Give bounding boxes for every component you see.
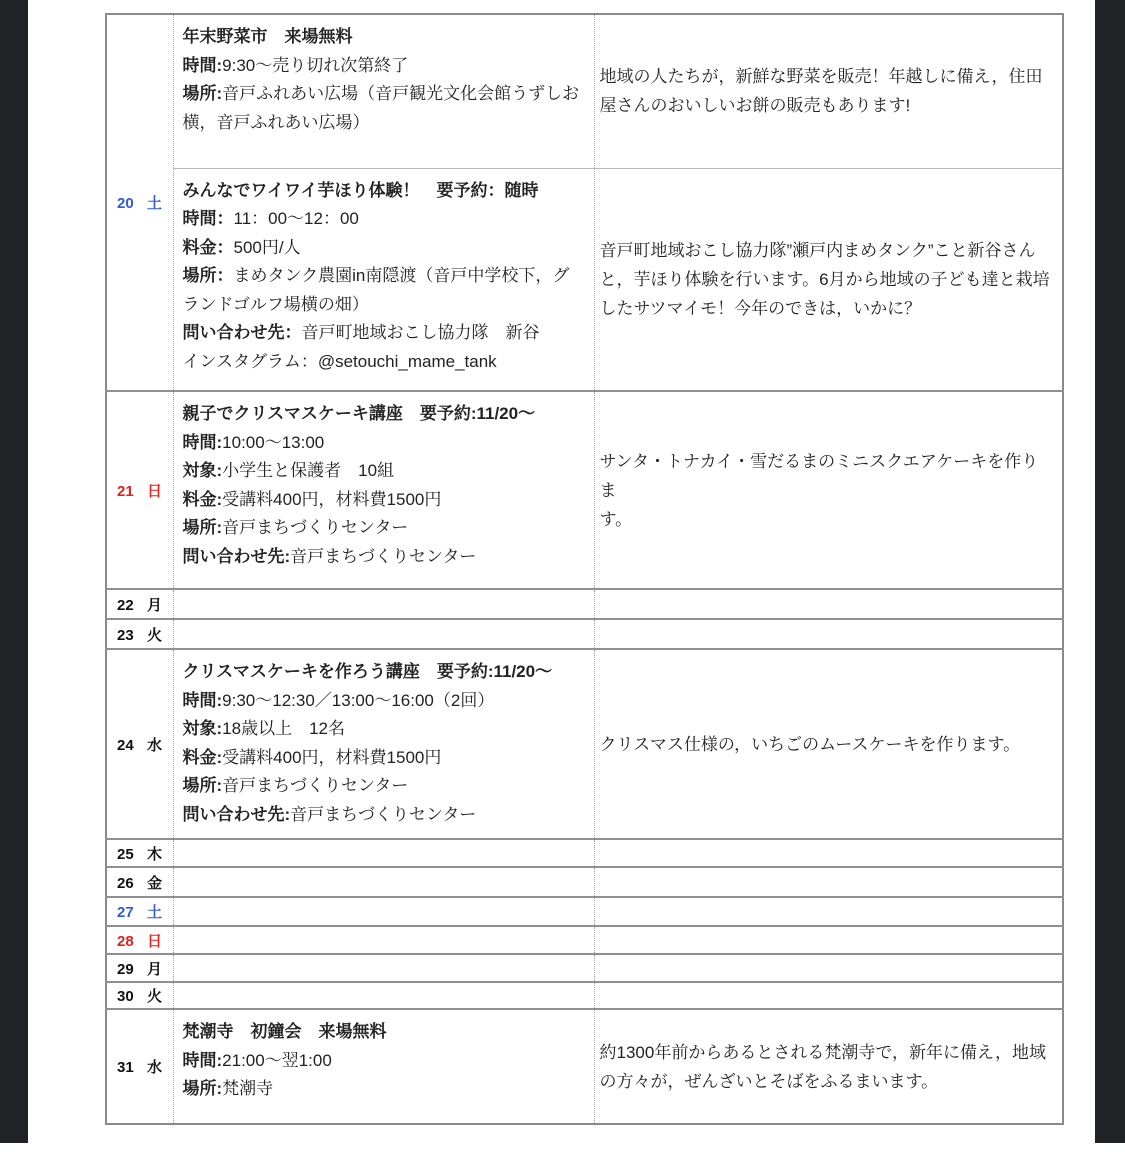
date-number: 27	[117, 904, 141, 921]
date-cell: 26金	[106, 867, 173, 897]
date-cell: 20土	[106, 14, 173, 391]
event-description-cell	[594, 619, 1063, 649]
calendar-row: 24水クリスマスケーキを作ろう講座 要予約:11/20〜時間:9:30〜12:3…	[106, 649, 1063, 839]
detail-label: 料金:	[183, 490, 223, 509]
weekday-label: 火	[147, 624, 162, 645]
event-details-cell: みんなでワイワイ芋ほり体験！ 要予約：随時時間：11：00〜12：00料金：50…	[173, 168, 594, 391]
weekday-label: 水	[147, 1056, 162, 1077]
detail-label: 対象:	[183, 461, 223, 480]
detail-label: 問い合わせ先:	[183, 805, 291, 824]
detail-value: 9:30〜売り切れ次第終了	[222, 56, 408, 75]
calendar-row: 26金	[106, 867, 1063, 897]
event-details-cell	[173, 926, 594, 954]
event-title: みんなでワイワイ芋ほり体験！ 要予約：随時	[183, 177, 586, 206]
weekday-label: 土	[147, 901, 162, 922]
event-title: 梵潮寺 初鐘会 来場無料	[183, 1018, 586, 1047]
event-details-cell	[173, 839, 594, 867]
detail-label: 料金：	[183, 238, 234, 257]
event-detail-line: 料金：500円/人	[183, 234, 586, 263]
event-detail-line: 場所：まめタンク農園in南隠渡（音戸中学校下，グランドゴルフ場横の畑）	[183, 262, 586, 319]
event-description-cell: 約1300年前からあるとされる梵潮寺で，新年に備え，地域の方々が，ぜんざいとそば…	[594, 1009, 1063, 1124]
detail-label: 時間:	[183, 56, 223, 75]
date-number: 24	[117, 737, 141, 754]
event-detail-line: 時間：11：00〜12：00	[183, 205, 586, 234]
event-details-cell	[173, 982, 594, 1009]
event-detail-line: インスタグラム：@setouchi_mame_tank	[183, 348, 586, 377]
event-details-cell: クリスマスケーキを作ろう講座 要予約:11/20〜時間:9:30〜12:30／1…	[173, 649, 594, 839]
detail-label: 時間:	[183, 433, 223, 452]
detail-value: 音戸まちづくりセンター	[290, 547, 476, 566]
detail-label: 時間:	[183, 1051, 223, 1070]
event-description-cell	[594, 982, 1063, 1009]
event-detail-line: 場所:梵潮寺	[183, 1075, 586, 1104]
event-detail-line: 対象:18歳以上 12名	[183, 715, 586, 744]
detail-value: 11：00〜12：00	[234, 209, 359, 228]
calendar-row: みんなでワイワイ芋ほり体験！ 要予約：随時時間：11：00〜12：00料金：50…	[106, 168, 1063, 391]
date-number: 22	[117, 597, 141, 614]
detail-value: まめタンク農園in南隠渡（音戸中学校下，グランドゴルフ場横の畑）	[183, 266, 570, 314]
detail-value: 500円/人	[234, 238, 301, 257]
event-details-cell	[173, 954, 594, 982]
event-detail-line: 時間:21:00〜翌1:00	[183, 1047, 586, 1076]
detail-label: 問い合わせ先：	[183, 323, 302, 342]
date-cell: 31水	[106, 1009, 173, 1124]
calendar-row: 25木	[106, 839, 1063, 867]
calendar-row: 21日親子でクリスマスケーキ講座 要予約:11/20〜時間:10:00〜13:0…	[106, 391, 1063, 589]
event-calendar-body: 20土年末野菜市 来場無料時間:9:30〜売り切れ次第終了場所:音戸ふれあい広場…	[106, 14, 1063, 1124]
event-description-cell	[594, 897, 1063, 926]
date-cell: 21日	[106, 391, 173, 589]
weekday-label: 木	[147, 843, 162, 864]
weekday-label: 火	[147, 985, 162, 1006]
detail-label: 時間：	[183, 209, 234, 228]
weekday-label: 水	[147, 734, 162, 755]
detail-value: 受講料400円，材料費1500円	[222, 490, 441, 509]
date-number: 23	[117, 627, 141, 644]
date-cell: 24水	[106, 649, 173, 839]
date-number: 31	[117, 1059, 141, 1076]
event-detail-line: 時間:10:00〜13:00	[183, 429, 586, 458]
detail-label: 料金:	[183, 748, 223, 767]
event-description-cell: 音戸町地域おこし協力隊”瀬戸内まめタンク”こと新谷さんと，芋ほり体験を行います。…	[594, 168, 1063, 391]
event-details-cell	[173, 589, 594, 619]
detail-label: 場所:	[183, 84, 223, 103]
weekday-label: 金	[147, 872, 162, 893]
detail-value: 10:00〜13:00	[222, 433, 324, 452]
detail-value: 音戸まちづくりセンター	[222, 518, 408, 537]
weekday-label: 土	[147, 192, 162, 213]
date-cell: 28日	[106, 926, 173, 954]
detail-value: 受講料400円，材料費1500円	[222, 748, 441, 767]
event-calendar-table: 20土年末野菜市 来場無料時間:9:30〜売り切れ次第終了場所:音戸ふれあい広場…	[105, 13, 1064, 1125]
event-detail-line: 料金:受講料400円，材料費1500円	[183, 744, 586, 773]
date-cell: 23火	[106, 619, 173, 649]
detail-value: 小学生と保護者 10組	[222, 461, 394, 480]
detail-label: 場所:	[183, 518, 223, 537]
event-detail-line: 場所:音戸まちづくりセンター	[183, 772, 586, 801]
detail-label: 問い合わせ先:	[183, 547, 291, 566]
calendar-row: 31水梵潮寺 初鐘会 来場無料時間:21:00〜翌1:00場所:梵潮寺約1300…	[106, 1009, 1063, 1124]
event-details-cell: 親子でクリスマスケーキ講座 要予約:11/20〜時間:10:00〜13:00対象…	[173, 391, 594, 589]
date-number: 30	[117, 988, 141, 1005]
date-number: 28	[117, 933, 141, 950]
date-number: 20	[117, 195, 141, 212]
detail-label: 場所:	[183, 1079, 223, 1098]
date-number: 21	[117, 483, 141, 500]
detail-value: インスタグラム：@setouchi_mame_tank	[183, 352, 497, 371]
event-detail-line: 対象:小学生と保護者 10組	[183, 457, 586, 486]
event-description-cell: クリスマス仕様の，いちごのムースケーキを作ります。	[594, 649, 1063, 839]
weekday-label: 日	[147, 480, 162, 501]
date-number: 25	[117, 846, 141, 863]
detail-value: 21:00〜翌1:00	[222, 1051, 332, 1070]
calendar-row: 28日	[106, 926, 1063, 954]
calendar-row: 22月	[106, 589, 1063, 619]
event-details-cell: 梵潮寺 初鐘会 来場無料時間:21:00〜翌1:00場所:梵潮寺	[173, 1009, 594, 1124]
calendar-row: 29月	[106, 954, 1063, 982]
detail-label: 時間:	[183, 691, 223, 710]
date-number: 26	[117, 875, 141, 892]
event-title: 親子でクリスマスケーキ講座 要予約:11/20〜	[183, 400, 586, 429]
date-cell: 30火	[106, 982, 173, 1009]
event-detail-line: 時間:9:30〜売り切れ次第終了	[183, 52, 586, 81]
event-title: クリスマスケーキを作ろう講座 要予約:11/20〜	[183, 658, 586, 687]
calendar-row: 30火	[106, 982, 1063, 1009]
date-cell: 25木	[106, 839, 173, 867]
detail-value: 音戸ふれあい広場（音戸観光文化会館うずしお横，音戸ふれあい広場）	[183, 84, 580, 132]
left-frame-strip	[0, 0, 28, 1143]
weekday-label: 日	[147, 930, 162, 951]
detail-value: 9:30〜12:30／13:00〜16:00（2回）	[222, 691, 494, 710]
detail-value: 梵潮寺	[222, 1079, 273, 1098]
event-description-cell: 地域の人たちが，新鮮な野菜を販売！年越しに備え，住田屋さんのおいしいお餅の販売も…	[594, 14, 1063, 168]
detail-value: 音戸まちづくりセンター	[290, 805, 476, 824]
event-details-cell: 年末野菜市 来場無料時間:9:30〜売り切れ次第終了場所:音戸ふれあい広場（音戸…	[173, 14, 594, 168]
event-description-cell: サンタ・トナカイ・雪だるまのミニスクエアケーキを作り ま す。	[594, 391, 1063, 589]
event-details-cell	[173, 897, 594, 926]
event-details-cell	[173, 619, 594, 649]
detail-value: 音戸町地域おこし協力隊 新谷	[302, 323, 540, 342]
weekday-label: 月	[147, 958, 162, 979]
detail-value: 音戸まちづくりセンター	[222, 776, 408, 795]
calendar-row: 20土年末野菜市 来場無料時間:9:30〜売り切れ次第終了場所:音戸ふれあい広場…	[106, 14, 1063, 168]
date-cell: 22月	[106, 589, 173, 619]
weekday-label: 月	[147, 594, 162, 615]
event-description-cell	[594, 839, 1063, 867]
event-description-cell	[594, 926, 1063, 954]
right-frame-strip	[1095, 0, 1125, 1143]
date-cell: 27土	[106, 897, 173, 926]
event-detail-line: 時間:9:30〜12:30／13:00〜16:00（2回）	[183, 687, 586, 716]
detail-label: 場所：	[183, 266, 234, 285]
date-number: 29	[117, 961, 141, 978]
event-detail-line: 問い合わせ先:音戸まちづくりセンター	[183, 543, 586, 572]
detail-label: 場所:	[183, 776, 223, 795]
event-description-cell	[594, 867, 1063, 897]
detail-value: 18歳以上 12名	[222, 719, 345, 738]
calendar-row: 27土	[106, 897, 1063, 926]
event-title: 年末野菜市 来場無料	[183, 23, 586, 52]
event-detail-line: 問い合わせ先：音戸町地域おこし協力隊 新谷	[183, 319, 586, 348]
date-cell: 29月	[106, 954, 173, 982]
event-description-cell	[594, 589, 1063, 619]
event-detail-line: 場所:音戸ふれあい広場（音戸観光文化会館うずしお横，音戸ふれあい広場）	[183, 80, 586, 137]
event-detail-line: 場所:音戸まちづくりセンター	[183, 514, 586, 543]
event-detail-line: 料金:受講料400円，材料費1500円	[183, 486, 586, 515]
calendar-row: 23火	[106, 619, 1063, 649]
event-description-cell	[594, 954, 1063, 982]
detail-label: 対象:	[183, 719, 223, 738]
event-detail-line: 問い合わせ先:音戸まちづくりセンター	[183, 801, 586, 830]
event-details-cell	[173, 867, 594, 897]
